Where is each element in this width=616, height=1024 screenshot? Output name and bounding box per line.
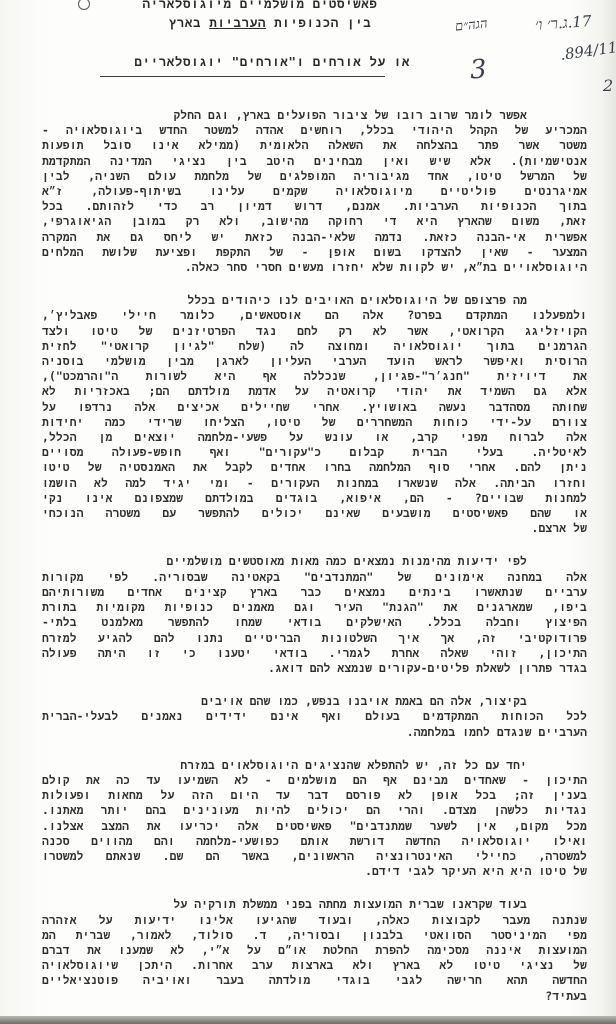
handwritten-note-2: הגה״ם <box>454 15 488 34</box>
text-line: הפיצוץ וחבלה בכלל. האישלקים בודאי שמחו ל… <box>42 615 587 630</box>
text-line: של המרשל טיטו, אחד מגיבוריה המופלגים של … <box>42 169 587 184</box>
text-line: לאיטליה. בעלי הברית קבלום כ"עקורים" ואף … <box>42 445 587 460</box>
text-line: הגרמנים בתוך יוגוסלאויה ומחוצה לה (שלח "… <box>42 339 587 354</box>
text-line: אלא גם השמיד את יהודי קרואטיה על אדמת מו… <box>42 384 587 399</box>
text-line: אפשר לומר שרוב רובו של ציבור הפועלים באר… <box>42 108 587 123</box>
page-edge-shadow <box>602 0 616 1024</box>
text-line: של נציגי טיטו לא בארץ ולא בארצות ערב אחר… <box>42 958 587 973</box>
scanned-page: פאשיסטים מושלמיים מיוגוסלאריה בין הכנופי… <box>0 0 616 1024</box>
text-line: מפי המיניסטר הסוואטי בלבנון ובסוריה, ד. … <box>42 928 587 943</box>
text-line: למשטרה, כחיילי האינטרונציה הראשונים, באש… <box>42 849 587 864</box>
text-line: מה פרצופם של היוגוסלאוים האויבים לנו כיה… <box>42 293 587 308</box>
header-line-2: בין הכנופיות הערביות בארץ <box>160 15 380 31</box>
text-line: נגדיות כלשהן מצדם. והרי הם יכולים להיות … <box>42 803 587 818</box>
text-line: אנטישמיות). אלא שיש ואין מבחינים היטב בי… <box>42 154 587 169</box>
text-line: יחד עם כל זה, יש להתפלא שהנציגים היוגוסל… <box>42 758 587 773</box>
text-line: בגדר פתרון לשאלת פליטים-עקורים שנמצא להם… <box>42 661 587 676</box>
text-line: התיכון, זוהי שאלה אחרת לגמרי. בודאי יטענ… <box>42 646 587 661</box>
handwritten-note-1: 17.ג.ר׳ ו׳ <box>534 12 592 35</box>
text-line: ולמפעלנו המתקדם בפרט? אלה הם אוסטאשים, כ… <box>42 308 587 323</box>
text-line: למחנות שבויים? - הם, איפוא, בוגדים במולד… <box>42 491 587 506</box>
text-line: בתוך הכנופיות הערביות. אמנם, דרוש דמיון … <box>42 199 587 214</box>
text-line: צוורם על-ידי כוחות המשחררים של טיטו, הצל… <box>42 415 587 430</box>
header-line-2-suffix: בארץ <box>169 15 210 30</box>
text-line: ערביים שנתאשרו בינתים נמצאים כבר בארץ קצ… <box>42 585 587 600</box>
text-line: בעוד שקראנו שברית המועצות מחתה בפני ממשל… <box>42 897 587 912</box>
text-line: ביפו, שמארגנים את "הגנת" העיר וגם מאמנים… <box>42 600 587 615</box>
text-line: התיכון - שאחדים מבינם אף הם מושלמים - לא… <box>42 773 587 788</box>
text-line: בענין זה; בכל אופן לא פורסם דבר עד היום … <box>42 788 587 803</box>
text-line: אלה לברוח מפני קרב, או עונש על פשעי-מלחמ… <box>42 430 587 445</box>
text-line: וחזרו הביתה. אלה שנשארו במחנות העקורים -… <box>42 476 587 491</box>
paragraph: לפי ידיעות מהימנות נמצאים כמה מאות מאוסט… <box>42 554 587 676</box>
header-line-1: פאשיסטים מושלמיים מיוגוסלאריה <box>135 0 385 12</box>
text-line: לפי ידיעות מהימנות נמצאים כמה מאות מאוסט… <box>42 554 587 569</box>
text-line: היוגוסלאויים בת״א, יש לקוות שלא יחזרו מע… <box>42 260 587 275</box>
text-line: המכריע של הקהל היהודי בכלל, רוחשים אהדה … <box>42 123 587 138</box>
paragraph: בקיצור, אלה הם באמת אויבנו בנפש, כמו שהם… <box>42 694 587 740</box>
text-line: אמיגרנטים פוליטיים מיוגוסלאויה שקמים עלי… <box>42 184 587 199</box>
text-line: אלה במחנה אימונים של "המתנדבים" בקאטינה … <box>42 570 587 585</box>
circle-stamp-icon <box>78 0 90 10</box>
paragraph: אפשר לומר שרוב רובו של ציבור הפועלים באר… <box>42 108 587 275</box>
document-title: או על אורחים ו"אורחים" יוגוסלאריים <box>100 54 410 70</box>
text-line: ואילו יוגוסלאויה החדשה דורשת אותם כפושעי… <box>42 834 587 849</box>
text-line: ניתן להם. אחרי סוף המלחמה בחרו אחדים לקב… <box>42 460 587 475</box>
title-underlined: על אורחים ו"אורחים" יוגוסלאריים <box>134 54 385 69</box>
text-line: של טיטו היא היא העיקר לגבי דידם. <box>42 864 587 879</box>
text-line: או שהם פאשיסטים מושבעים שאינם יכולים להת… <box>42 506 587 521</box>
text-line: בקיצור, אלה הם באמת אויבנו בנפש, כמו שהם… <box>42 694 587 709</box>
text-line: של ארצם. <box>42 521 587 536</box>
handwritten-page-mark: 2 <box>603 76 613 95</box>
text-line: משטר אשר פתר בהצלחה את השאלה הלאומית (ממ… <box>42 138 587 153</box>
document-body: אפשר לומר שרוב רובו של ציבור הפועלים באר… <box>42 108 587 1022</box>
text-line: פרודוקטיבי זה, אך איך השלטונות הבריטיים … <box>42 631 587 646</box>
text-line: הקויזליגג הקרואטי, אשר לא רק לחם נגד הפר… <box>42 324 587 339</box>
handwritten-numeral: 3 <box>469 54 488 85</box>
text-line: המצער - שאין להצדקו בשום אופן - של התקפת… <box>42 245 587 260</box>
paragraph: מה פרצופם של היוגוסלאוים האויבים לנו כיה… <box>42 293 587 536</box>
text-line: לכל הכוחות המתקדמים בעולם ואף אינם ידידי… <box>42 709 587 724</box>
title-underline <box>100 76 385 77</box>
text-line: שחותה מסהדבר נעשה באושויץ. אחרי שחיילים … <box>42 400 587 415</box>
text-line: החדשה תהא חרישה לגבי בוגדי מולדתה בעבר ו… <box>42 973 587 988</box>
text-line: מכל מקום, אין לשער שמתנדבים" פאשיסטים אל… <box>42 819 587 834</box>
header-line-2-underlined: הערביות <box>209 15 266 30</box>
text-line: אפשרית אי-הבנה כזאת. נדמה שלאי-הבנה כזאת… <box>42 230 587 245</box>
title-prefix: או <box>386 54 410 69</box>
text-line: המועצות איננה מסכימה להפרת החלטת או״ם על… <box>42 943 587 958</box>
header-line-2-prefix: בין הכנופיות <box>266 15 371 30</box>
paragraph: בעוד שקראנו שברית המועצות מחתה בפני ממשל… <box>42 897 587 1003</box>
text-line: זאת, משום שהארץ היא די רחוקה מהישוב, ולא… <box>42 214 587 229</box>
text-line: הערביים שנגדם לחמו במלחמה. <box>42 725 587 740</box>
text-line: שנתנה מעבר לקבוצות כאלה, ובעוד שהגיעו אל… <box>42 913 587 928</box>
scan-bottom-edge <box>0 1016 616 1024</box>
text-line: בעתיד? <box>42 989 587 1004</box>
text-line: את דיויזית "חנג׳ר"-פגיון, שנכללה אף היא … <box>42 369 587 384</box>
text-line: הרוסית ואיפשר לראש הועד הערבי העליון לאר… <box>42 354 587 369</box>
paragraph: יחד עם כל זה, יש להתפלא שהנציגים היוגוסל… <box>42 758 587 880</box>
